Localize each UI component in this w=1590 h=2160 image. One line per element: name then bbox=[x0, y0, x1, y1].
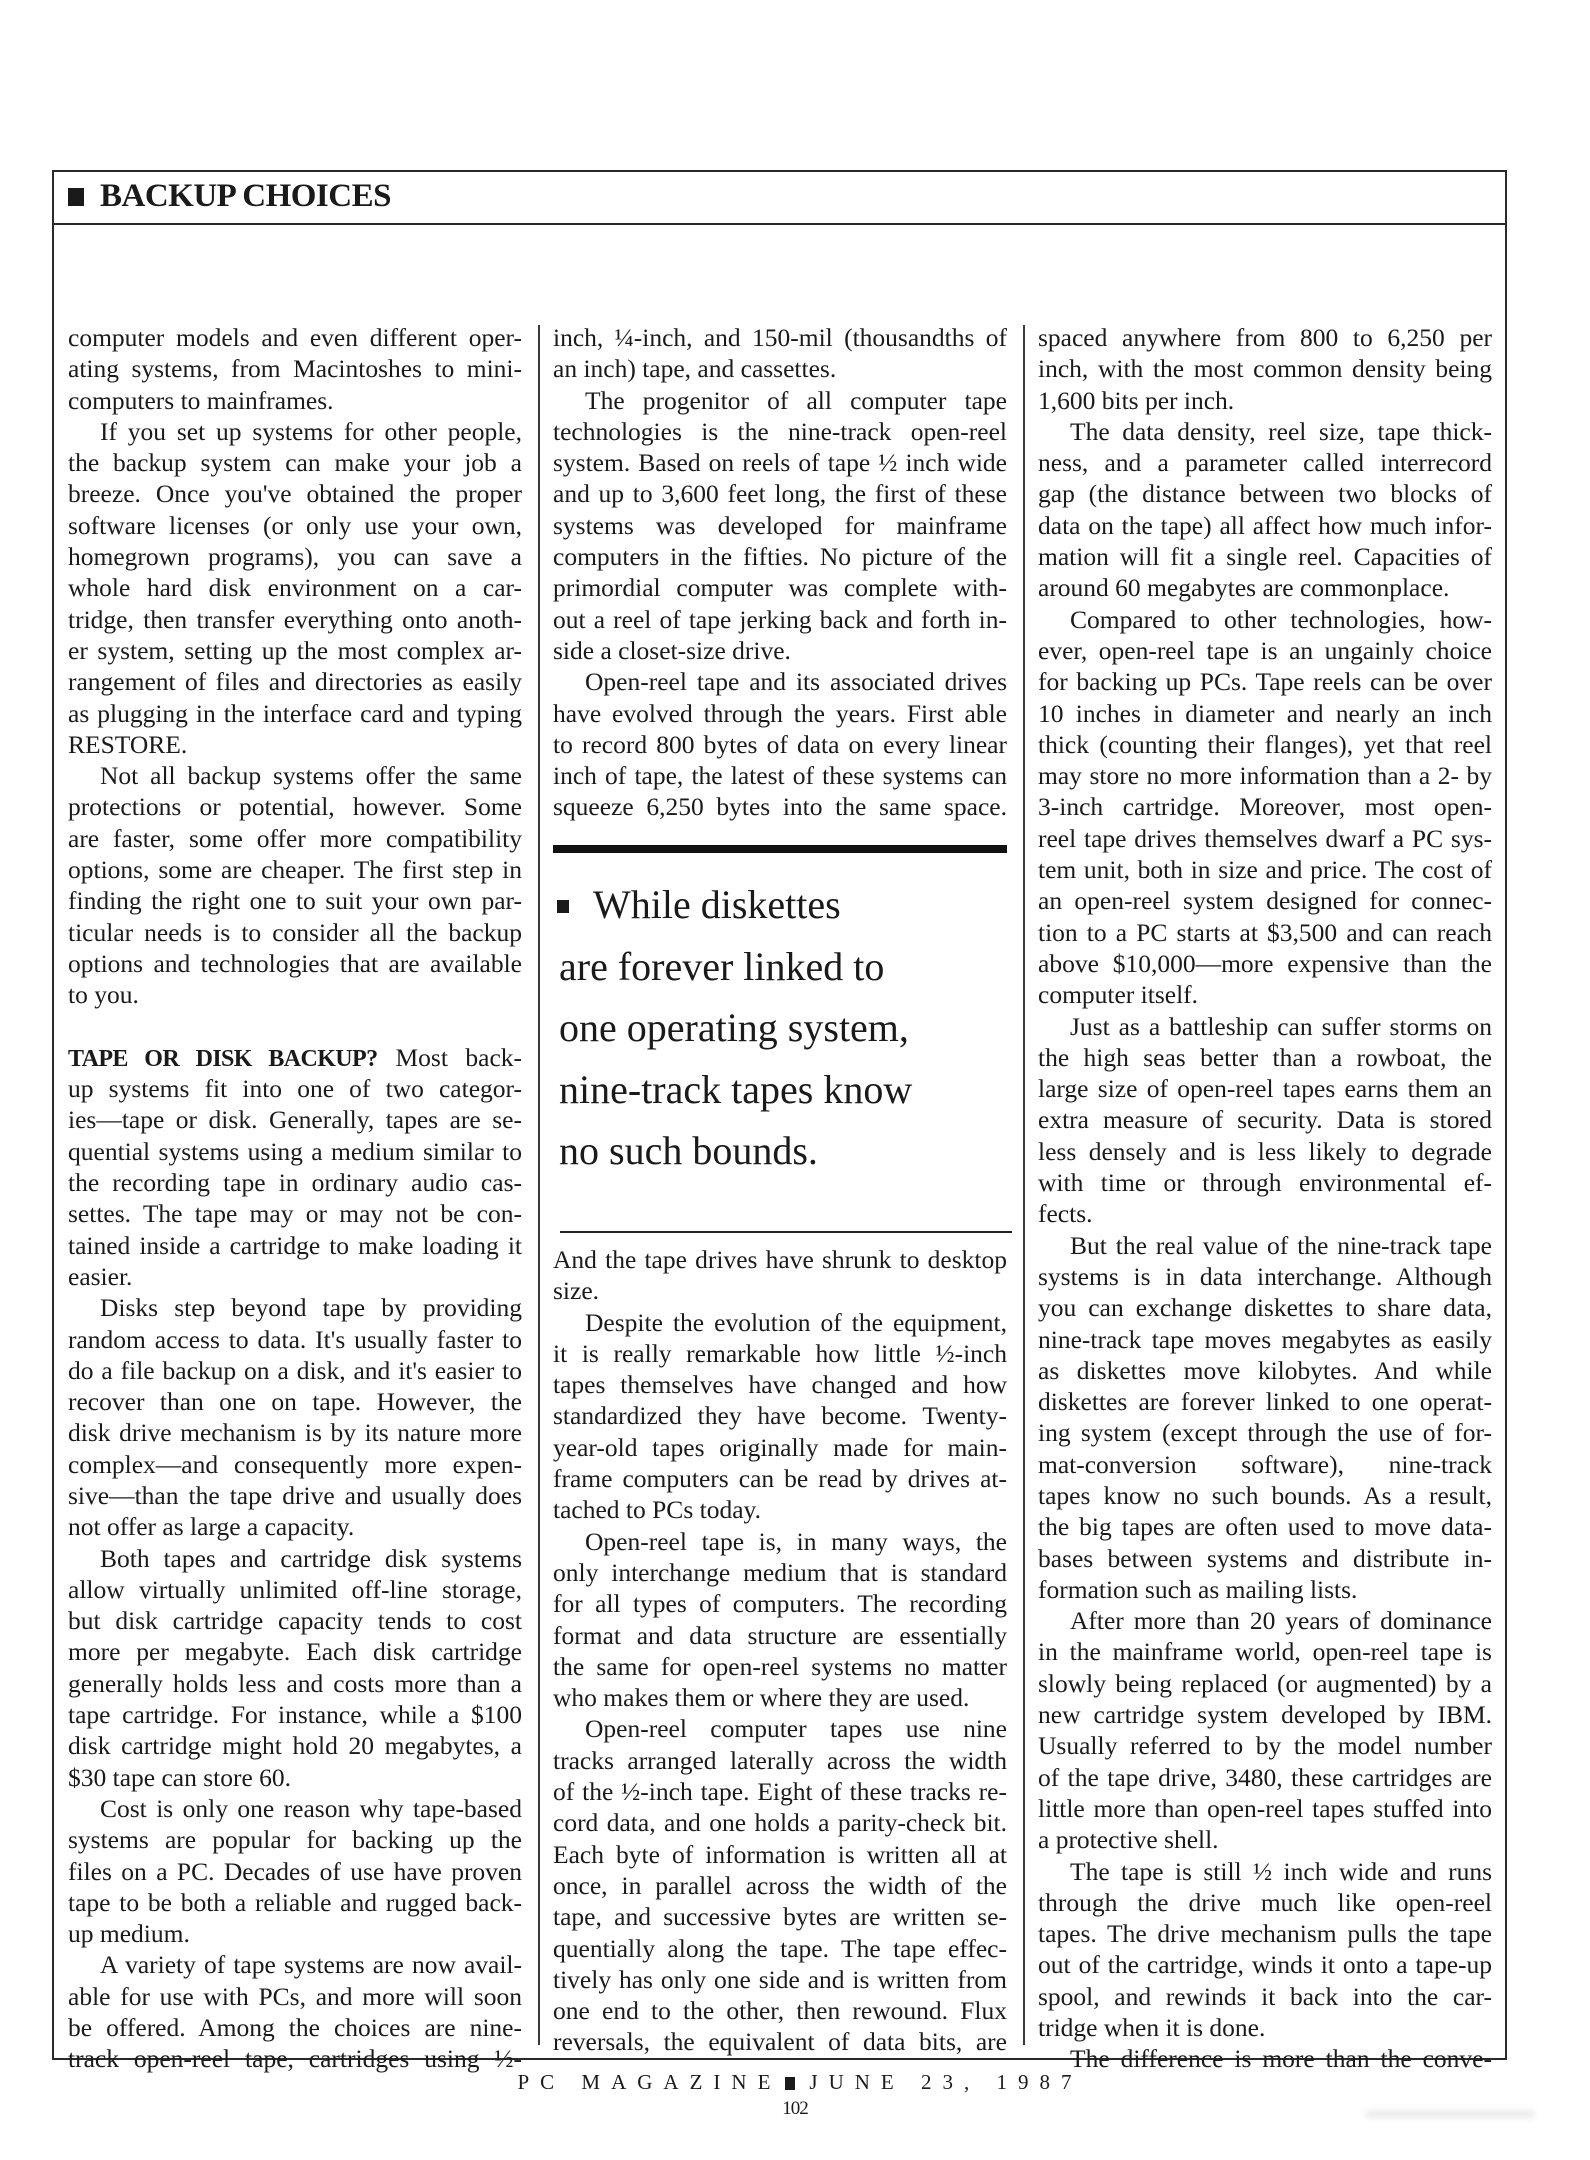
text-line: quentially along the tape. The tape effe… bbox=[553, 1933, 1007, 1964]
text-line: Just as a battleship can suffer storms o… bbox=[1038, 1011, 1492, 1042]
text-line: not offer as large a capacity. bbox=[68, 1511, 522, 1542]
pull-quote-text: nine-track tapes know bbox=[559, 1067, 912, 1112]
text-line: as plugging in the interface card and ty… bbox=[68, 698, 522, 729]
scan-artifact bbox=[1365, 2110, 1535, 2118]
pull-quote-bottom-rule bbox=[560, 1231, 1012, 1233]
text-line: options and technologies that are availa… bbox=[68, 948, 522, 979]
text-line: tively has only one side and is written … bbox=[553, 1964, 1007, 1995]
text-line: up systems fit into one of two categor- bbox=[68, 1073, 522, 1104]
text-line: the same for open-reel systems no matter bbox=[553, 1651, 1007, 1682]
text-line: tem unit, both in size and price. The co… bbox=[1038, 854, 1492, 885]
text-line: in the mainframe world, open-reel tape i… bbox=[1038, 1636, 1492, 1667]
text-line bbox=[68, 1011, 522, 1042]
text-line: The tape is still ½ inch wide and runs bbox=[1038, 1856, 1492, 1887]
text-line: above $10,000—more expensive than the bbox=[1038, 948, 1492, 979]
text-line: systems is in data interchange. Although bbox=[1038, 1261, 1492, 1292]
text-line: but disk cartridge capacity tends to cos… bbox=[68, 1605, 522, 1636]
section-title: BACKUP CHOICES bbox=[100, 178, 391, 215]
text-line: sive—than the tape drive and usually doe… bbox=[68, 1480, 522, 1511]
pull-quote-line: While diskettes bbox=[553, 874, 1007, 936]
text-line: have evolved through the years. First ab… bbox=[553, 698, 1007, 729]
text-line: out of the cartridge, winds it onto a ta… bbox=[1038, 1949, 1492, 1980]
text-line: Not all backup systems offer the same bbox=[68, 760, 522, 791]
text-line: primordial computer was complete with- bbox=[553, 572, 1007, 603]
text-line: slowly being replaced (or augmented) by … bbox=[1038, 1668, 1492, 1699]
text-line: the big tapes are often used to move dat… bbox=[1038, 1511, 1492, 1542]
text-line: systems are popular for backing up the bbox=[68, 1824, 522, 1855]
text-line: Usually referred to by the model number bbox=[1038, 1730, 1492, 1761]
text-line: new cartridge system developed by IBM. bbox=[1038, 1699, 1492, 1730]
text-line: more per megabyte. Each disk cartridge bbox=[68, 1636, 522, 1667]
text-line: tape, and successive bytes are written s… bbox=[553, 1901, 1007, 1932]
text-line: computer models and even different oper- bbox=[68, 322, 522, 353]
text-line: less densely and is less likely to degra… bbox=[1038, 1136, 1492, 1167]
text-line: ticular needs is to consider all the bac… bbox=[68, 917, 522, 948]
text-line: 3-inch cartridge. Moreover, most open- bbox=[1038, 791, 1492, 822]
text-line: files on a PC. Decades of use have prove… bbox=[68, 1856, 522, 1887]
text-line: RESTORE. bbox=[68, 729, 522, 760]
text-line: Disks step beyond tape by providing bbox=[68, 1292, 522, 1323]
text-line: random access to data. It's usually fast… bbox=[68, 1324, 522, 1355]
text-line: tached to PCs today. bbox=[553, 1494, 1007, 1525]
text-line: disk drive mechanism is by its nature mo… bbox=[68, 1417, 522, 1448]
text-line: whole hard disk environment on a car- bbox=[68, 572, 522, 603]
text-line: If you set up systems for other people, bbox=[68, 416, 522, 447]
page-number: 102 bbox=[0, 2098, 1590, 2120]
text-line: able for use with PCs, and more will soo… bbox=[68, 1981, 522, 2012]
text-line: ating systems, from Macintoshes to mini- bbox=[68, 353, 522, 384]
text-line: to you. bbox=[68, 979, 522, 1010]
pull-quote: While diskettesare forever linked toone … bbox=[553, 874, 1007, 1182]
text-line: you can exchange diskettes to share data… bbox=[1038, 1292, 1492, 1323]
text-line: thick (counting their flanges), yet that… bbox=[1038, 729, 1492, 760]
page-footer: PC MAGAZINEJUNE 23, 1987 102 bbox=[0, 2070, 1590, 2095]
text-line: up medium. bbox=[68, 1918, 522, 1949]
text-line: tridge, then transfer everything onto an… bbox=[68, 604, 522, 635]
text-line: only interchange medium that is standard bbox=[553, 1557, 1007, 1588]
text-line: mat-conversion software), nine-track bbox=[1038, 1449, 1492, 1480]
text-line: ies—tape or disk. Generally, tapes are s… bbox=[68, 1104, 522, 1135]
text-line: format and data structure are essentiall… bbox=[553, 1620, 1007, 1651]
text-line: breeze. Once you've obtained the proper bbox=[68, 478, 522, 509]
column-3: spaced anywhere from 800 to 6,250 perinc… bbox=[1038, 322, 1492, 2075]
text-line: But the real value of the nine-track tap… bbox=[1038, 1230, 1492, 1261]
text-line: squeeze 6,250 bytes into the same space. bbox=[553, 791, 1007, 822]
text-line: A variety of tape systems are now avail- bbox=[68, 1949, 522, 1980]
text-line: The data density, reel size, tape thick- bbox=[1038, 416, 1492, 447]
text-line: diskettes are forever linked to one oper… bbox=[1038, 1386, 1492, 1417]
text-line: computer itself. bbox=[1038, 979, 1492, 1010]
pull-quote-line: no such bounds. bbox=[553, 1120, 1007, 1182]
text-line: tion to a PC starts at $3,500 and can re… bbox=[1038, 917, 1492, 948]
text-line: through the drive much like open-reel bbox=[1038, 1887, 1492, 1918]
text-line: tapes. The drive mechanism pulls the tap… bbox=[1038, 1918, 1492, 1949]
text-line: one end to the other, then rewound. Flux bbox=[553, 1995, 1007, 2026]
text-line: $30 tape can store 60. bbox=[68, 1762, 522, 1793]
text-line: And the tape drives have shrunk to deskt… bbox=[553, 1244, 1007, 1275]
text-line: system. Based on reels of tape ½ inch wi… bbox=[553, 447, 1007, 478]
text-line: mation will fit a single reel. Capacitie… bbox=[1038, 541, 1492, 572]
pull-quote-text: one operating system, bbox=[559, 1005, 909, 1050]
text-line: the recording tape in ordinary audio cas… bbox=[68, 1167, 522, 1198]
text-line: for backing up PCs. Tape reels can be ov… bbox=[1038, 666, 1492, 697]
text-line: for all types of computers. The recordin… bbox=[553, 1588, 1007, 1619]
text-line: around 60 megabytes are commonplace. bbox=[1038, 572, 1492, 603]
section-header: BACKUP CHOICES bbox=[54, 172, 1505, 225]
footer-masthead: PC MAGAZINEJUNE 23, 1987 bbox=[517, 2070, 1082, 2095]
text-line: to record 800 bytes of data on every lin… bbox=[553, 729, 1007, 760]
column-1: computer models and even different oper-… bbox=[68, 322, 522, 2075]
text-line: software licenses (or only use your own, bbox=[68, 510, 522, 541]
column-divider-2 bbox=[1023, 325, 1025, 2045]
pull-quote-text: no such bounds. bbox=[559, 1128, 818, 1173]
text-line: frame computers can be read by drives at… bbox=[553, 1463, 1007, 1494]
text-line: disk cartridge might hold 20 megabytes, … bbox=[68, 1730, 522, 1761]
text-line: of the tape drive, 3480, these cartridge… bbox=[1038, 1762, 1492, 1793]
text-line: the backup system can make your job a bbox=[68, 447, 522, 478]
text-line: rangement of files and directories as ea… bbox=[68, 666, 522, 697]
text-line: Open-reel tape and its associated drives bbox=[553, 666, 1007, 697]
pull-quote-top-rule bbox=[553, 845, 1007, 853]
text-line: allow virtually unlimited off-line stora… bbox=[68, 1574, 522, 1605]
text-line: extra measure of security. Data is store… bbox=[1038, 1104, 1492, 1135]
text-line: an inch) tape, and cassettes. bbox=[553, 353, 1007, 384]
text-line: technologies is the nine-track open-reel bbox=[553, 416, 1007, 447]
text-line: side a closet-size drive. bbox=[553, 635, 1007, 666]
text-line: it is really remarkable how little ½-inc… bbox=[553, 1338, 1007, 1369]
text-line: spaced anywhere from 800 to 6,250 per bbox=[1038, 322, 1492, 353]
text-line: finding the right one to suit your own p… bbox=[68, 885, 522, 916]
text-line: Both tapes and cartridge disk systems bbox=[68, 1543, 522, 1574]
text-line: inch, with the most common density being bbox=[1038, 353, 1492, 384]
square-bullet-icon bbox=[68, 188, 84, 206]
text-line: homegrown programs), you can save a bbox=[68, 541, 522, 572]
text-line: settes. The tape may or may not be con- bbox=[68, 1198, 522, 1229]
text-line: tape to be both a reliable and rugged ba… bbox=[68, 1887, 522, 1918]
text-line: and up to 3,600 feet long, the first of … bbox=[553, 478, 1007, 509]
text-line: spool, and rewinds it back into the car- bbox=[1038, 1981, 1492, 2012]
text-line: may store no more information than a 2- … bbox=[1038, 760, 1492, 791]
text-line: recover than one on tape. However, the bbox=[68, 1386, 522, 1417]
text-line: computers to mainframes. bbox=[68, 385, 522, 416]
text-line: ness, and a parameter called interrecord bbox=[1038, 447, 1492, 478]
text-line: reversals, the equivalent of data bits, … bbox=[553, 2026, 1007, 2057]
text-line: cord data, and one holds a parity-check … bbox=[553, 1807, 1007, 1838]
text-line: tracks arranged laterally across the wid… bbox=[553, 1745, 1007, 1776]
text-line: out a reel of tape jerking back and fort… bbox=[553, 604, 1007, 635]
subhead-line: TAPE OR DISK BACKUP?Most back- bbox=[68, 1042, 522, 1073]
text-line: do a file backup on a disk, and it's eas… bbox=[68, 1355, 522, 1386]
text-line: easier. bbox=[68, 1261, 522, 1292]
text-line: once, in parallel across the width of th… bbox=[553, 1870, 1007, 1901]
text-line: data on the tape) all affect how much in… bbox=[1038, 510, 1492, 541]
text-line: protections or potential, however. Some bbox=[68, 791, 522, 822]
text-line: formation such as mailing lists. bbox=[1038, 1574, 1492, 1605]
text-line: a protective shell. bbox=[1038, 1824, 1492, 1855]
text-line: Open-reel computer tapes use nine bbox=[553, 1713, 1007, 1744]
text-line: nine-track tape moves megabytes as easil… bbox=[1038, 1324, 1492, 1355]
text-line: size. bbox=[553, 1275, 1007, 1306]
text-line: options, some are cheaper. The first ste… bbox=[68, 854, 522, 885]
text-line: Open-reel tape is, in many ways, the bbox=[553, 1526, 1007, 1557]
text-line: 10 inches in diameter and nearly an inch bbox=[1038, 698, 1492, 729]
issue-date: JUNE 23, 1987 bbox=[809, 2070, 1082, 2094]
text-line: After more than 20 years of dominance bbox=[1038, 1605, 1492, 1636]
text-line: as diskettes move kilobytes. And while bbox=[1038, 1355, 1492, 1386]
text-line: large size of open-reel tapes earns them… bbox=[1038, 1073, 1492, 1104]
text-line: the high seas better than a rowboat, the bbox=[1038, 1042, 1492, 1073]
text-line: Cost is only one reason why tape-based bbox=[68, 1793, 522, 1824]
text-line: inch, ¼-inch, and 150-mil (thousandths o… bbox=[553, 322, 1007, 353]
text-line: tridge when it is done. bbox=[1038, 2012, 1492, 2043]
text-line: are faster, some offer more compatibilit… bbox=[68, 823, 522, 854]
text-line: Each byte of information is written all … bbox=[553, 1839, 1007, 1870]
text-line: ing system (except through the use of fo… bbox=[1038, 1417, 1492, 1448]
pull-quote-text: While diskettes bbox=[593, 882, 841, 927]
magazine-name: PC MAGAZINE bbox=[517, 2070, 781, 2094]
column-2-top: inch, ¼-inch, and 150-mil (thousandths o… bbox=[553, 322, 1007, 823]
text-line: complex—and consequently more expen- bbox=[68, 1449, 522, 1480]
pull-quote-line: nine-track tapes know bbox=[553, 1059, 1007, 1121]
run-in-subhead: TAPE OR DISK BACKUP? bbox=[68, 1046, 377, 1072]
text-line: generally holds less and costs more than… bbox=[68, 1668, 522, 1699]
column-divider-1 bbox=[538, 325, 540, 2045]
text-line: fects. bbox=[1038, 1198, 1492, 1229]
pull-quote-text: are forever linked to bbox=[559, 944, 884, 989]
text-line: quential systems using a medium similar … bbox=[68, 1136, 522, 1167]
text-line: computers in the fifties. No picture of … bbox=[553, 541, 1007, 572]
text-line: er system, setting up the most complex a… bbox=[68, 635, 522, 666]
text-line: tained inside a cartridge to make loadin… bbox=[68, 1230, 522, 1261]
text-line: The progenitor of all computer tape bbox=[553, 385, 1007, 416]
text-line: Despite the evolution of the equipment, bbox=[553, 1307, 1007, 1338]
article-frame: BACKUP CHOICES computer models and even … bbox=[52, 170, 1507, 2060]
text-line: reel tape drives themselves dwarf a PC s… bbox=[1038, 823, 1492, 854]
text-line: systems was developed for mainframe bbox=[553, 510, 1007, 541]
text-line: gap (the distance between two blocks of bbox=[1038, 478, 1492, 509]
column-2-bottom: And the tape drives have shrunk to deskt… bbox=[553, 1244, 1007, 2058]
text-line: inch of tape, the latest of these system… bbox=[553, 760, 1007, 791]
text-line-remainder: Most back- bbox=[377, 1043, 522, 1072]
text-line: bases between systems and distribute in- bbox=[1038, 1543, 1492, 1574]
text-line: 1,600 bits per inch. bbox=[1038, 385, 1492, 416]
text-line: tapes know no such bounds. As a result, bbox=[1038, 1480, 1492, 1511]
text-line: year-old tapes originally made for main- bbox=[553, 1432, 1007, 1463]
text-line: ever, open-reel tape is an ungainly choi… bbox=[1038, 635, 1492, 666]
pull-quote-line: one operating system, bbox=[553, 997, 1007, 1059]
text-line: little more than open-reel tapes stuffed… bbox=[1038, 1793, 1492, 1824]
square-bullet-icon bbox=[785, 2077, 795, 2090]
text-line: who makes them or where they are used. bbox=[553, 1682, 1007, 1713]
square-bullet-icon bbox=[557, 900, 569, 913]
text-line: an open-reel system designed for connec- bbox=[1038, 885, 1492, 916]
text-line: be offered. Among the choices are nine- bbox=[68, 2012, 522, 2043]
text-line: tape cartridge. For instance, while a $1… bbox=[68, 1699, 522, 1730]
text-line: tapes themselves have changed and how bbox=[553, 1369, 1007, 1400]
text-line: Compared to other technologies, how- bbox=[1038, 604, 1492, 635]
text-line: of the ½-inch tape. Eight of these track… bbox=[553, 1776, 1007, 1807]
pull-quote-line: are forever linked to bbox=[553, 936, 1007, 998]
text-line: with time or through environmental ef- bbox=[1038, 1167, 1492, 1198]
text-line: standardized they have become. Twenty- bbox=[553, 1400, 1007, 1431]
